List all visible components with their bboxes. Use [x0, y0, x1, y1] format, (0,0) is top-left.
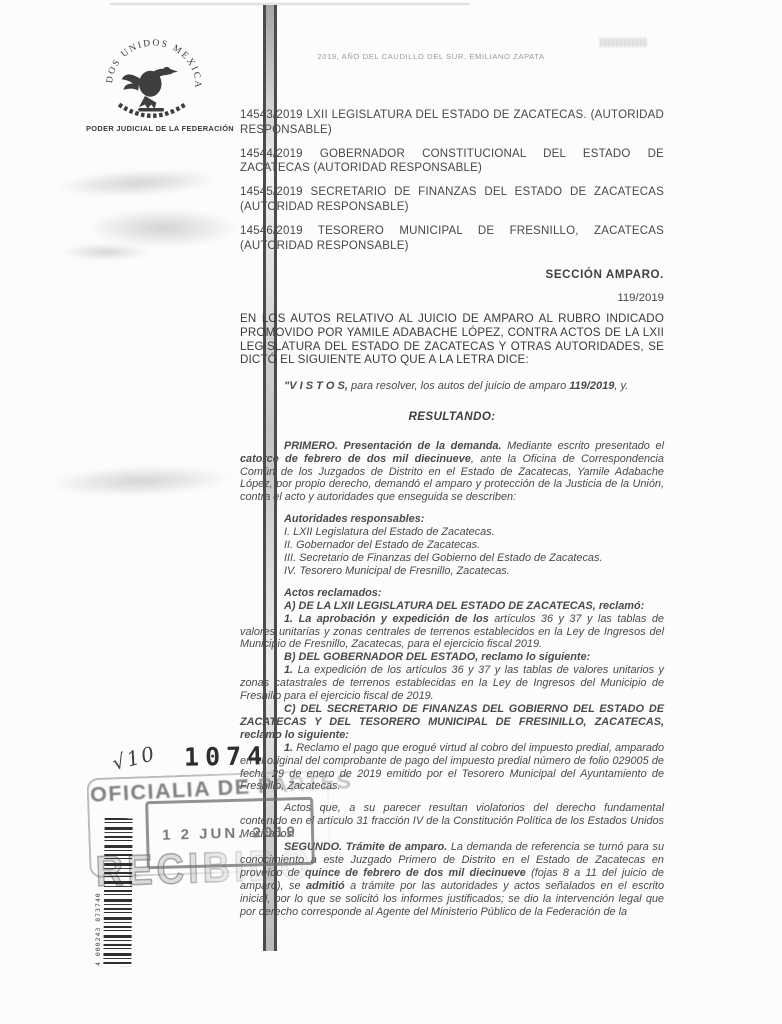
- body-paragraph: A) DE LA LXII LEGISLATURA DEL ESTADO DE …: [284, 600, 664, 613]
- handwritten-mark: √10: [110, 741, 159, 775]
- scan-smudge: [54, 166, 220, 201]
- text-run: Mediante escrito presentado el: [507, 440, 664, 452]
- case-list: 14543/2019 LXII LEGISLATURA DEL ESTADO D…: [240, 108, 664, 253]
- case-list-item: 14544/2019 GOBERNADOR CONSTITUCIONAL DEL…: [240, 147, 664, 177]
- text-run: II. Gobernador del Estado de Zacatecas.: [284, 539, 480, 551]
- text-run: , y.: [614, 380, 628, 392]
- scan-smudge: [85, 208, 240, 248]
- date-stamp-text: 1 2 JUN. 2019: [162, 823, 298, 844]
- body-paragraph: Autoridades responsables:: [284, 513, 664, 526]
- bold-text-run: C) DEL SECRETARIO DE FINANZAS DEL GOBIER…: [240, 703, 664, 741]
- case-number: 119/2019: [240, 292, 664, 304]
- intro-paragraph: EN LOS AUTOS RELATIVO AL JUICIO DE AMPAR…: [240, 312, 664, 366]
- year-legend: 2019, AÑO DEL CAUDILLO DEL SUR, EMILIANO…: [298, 52, 564, 61]
- body-paragraph: B) DEL GOBERNADOR DEL ESTADO, reclamo lo…: [284, 651, 664, 664]
- bold-text-run: 1. La aprobación y expedición de los: [284, 613, 494, 625]
- case-list-item: 14546/2019 TESORERO MUNICIPAL DE FRESNIL…: [240, 224, 664, 254]
- body-paragraph: III. Secretario de Finanzas del Gobierno…: [284, 552, 664, 565]
- scan-smudge: [48, 463, 234, 499]
- text-run: para resolver, los autos del juicio de a…: [351, 380, 569, 392]
- body-paragraph: 1. La expedición de los artículos 36 y 3…: [240, 664, 664, 703]
- text-run: I. LXII Legislatura del Estado de Zacate…: [284, 526, 495, 538]
- bold-text-run: catorce de febrero de dos mil diecinueve: [240, 453, 471, 465]
- text-run: III. Secretario de Finanzas del Gobierno…: [284, 552, 602, 564]
- case-list-item: 14545/2019 SECRETARIO DE FINANZAS DEL ES…: [240, 185, 664, 215]
- bold-text-run: B) DEL GOBERNADOR DEL ESTADO, reclamo lo…: [284, 651, 590, 663]
- bold-text-run: 1.: [284, 664, 298, 676]
- body-paragraph: I. LXII Legislatura del Estado de Zacate…: [284, 526, 664, 539]
- bold-text-run: Autoridades responsables:: [284, 513, 424, 525]
- eagle-seal-icon: ESTADOS UNIDOS MEXICANOS: [96, 30, 208, 134]
- faint-corner-mark: [600, 38, 646, 47]
- bold-text-run: 1.: [284, 742, 296, 754]
- folio-number-stamp: 1074: [184, 741, 269, 771]
- body-paragraph: II. Gobernador del Estado de Zacatecas.: [284, 539, 664, 552]
- mexico-coat-of-arms-seal: ESTADOS UNIDOS MEXICANOS: [96, 30, 208, 134]
- scanned-document-page: ESTADOS UNIDOS MEXICANOS PODER JUDICIAL …: [0, 0, 782, 1024]
- resultando-heading: RESULTANDO:: [240, 410, 664, 423]
- vistos-line: "V I S T O S, para resolver, los autos d…: [240, 380, 664, 392]
- section-label: SECCIÓN AMPARO.: [240, 268, 664, 281]
- body-paragraph: PRIMERO. Presentación de la demanda. Med…: [240, 440, 664, 505]
- bold-text-run: Actos reclamados:: [284, 587, 381, 599]
- bold-text-run: PRIMERO. Presentación de la demanda.: [284, 440, 507, 452]
- body-paragraph: Actos reclamados:: [284, 587, 664, 600]
- text-run: IV. Tesorero Municipal de Fresnillo, Zac…: [284, 565, 510, 577]
- barcode: [103, 818, 132, 966]
- scan-streak: [110, 3, 470, 5]
- bold-text-run: 119/2019: [569, 380, 614, 392]
- bold-text-run: "V I S T O S,: [284, 380, 351, 392]
- text-run: La expedición de los artículos 36 y 37 y…: [240, 664, 664, 702]
- scan-smudge: [60, 244, 150, 260]
- body-paragraph: IV. Tesorero Municipal de Fresnillo, Zac…: [284, 565, 664, 578]
- body-paragraph: C) DEL SECRETARIO DE FINANZAS DEL GOBIER…: [240, 703, 664, 742]
- bold-text-run: quince de febrero de dos mil diecinueve: [305, 867, 531, 879]
- case-list-item: 14543/2019 LXII LEGISLATURA DEL ESTADO D…: [240, 108, 664, 138]
- bold-text-run: A) DE LA LXII LEGISLATURA DEL ESTADO DE …: [284, 600, 644, 612]
- barcode-number: 4 000243 873740: [94, 820, 102, 966]
- institution-name: PODER JUDICIAL DE LA FEDERACIÓN: [58, 124, 262, 133]
- body-paragraph: 1. La aprobación y expedición de los art…: [240, 613, 664, 652]
